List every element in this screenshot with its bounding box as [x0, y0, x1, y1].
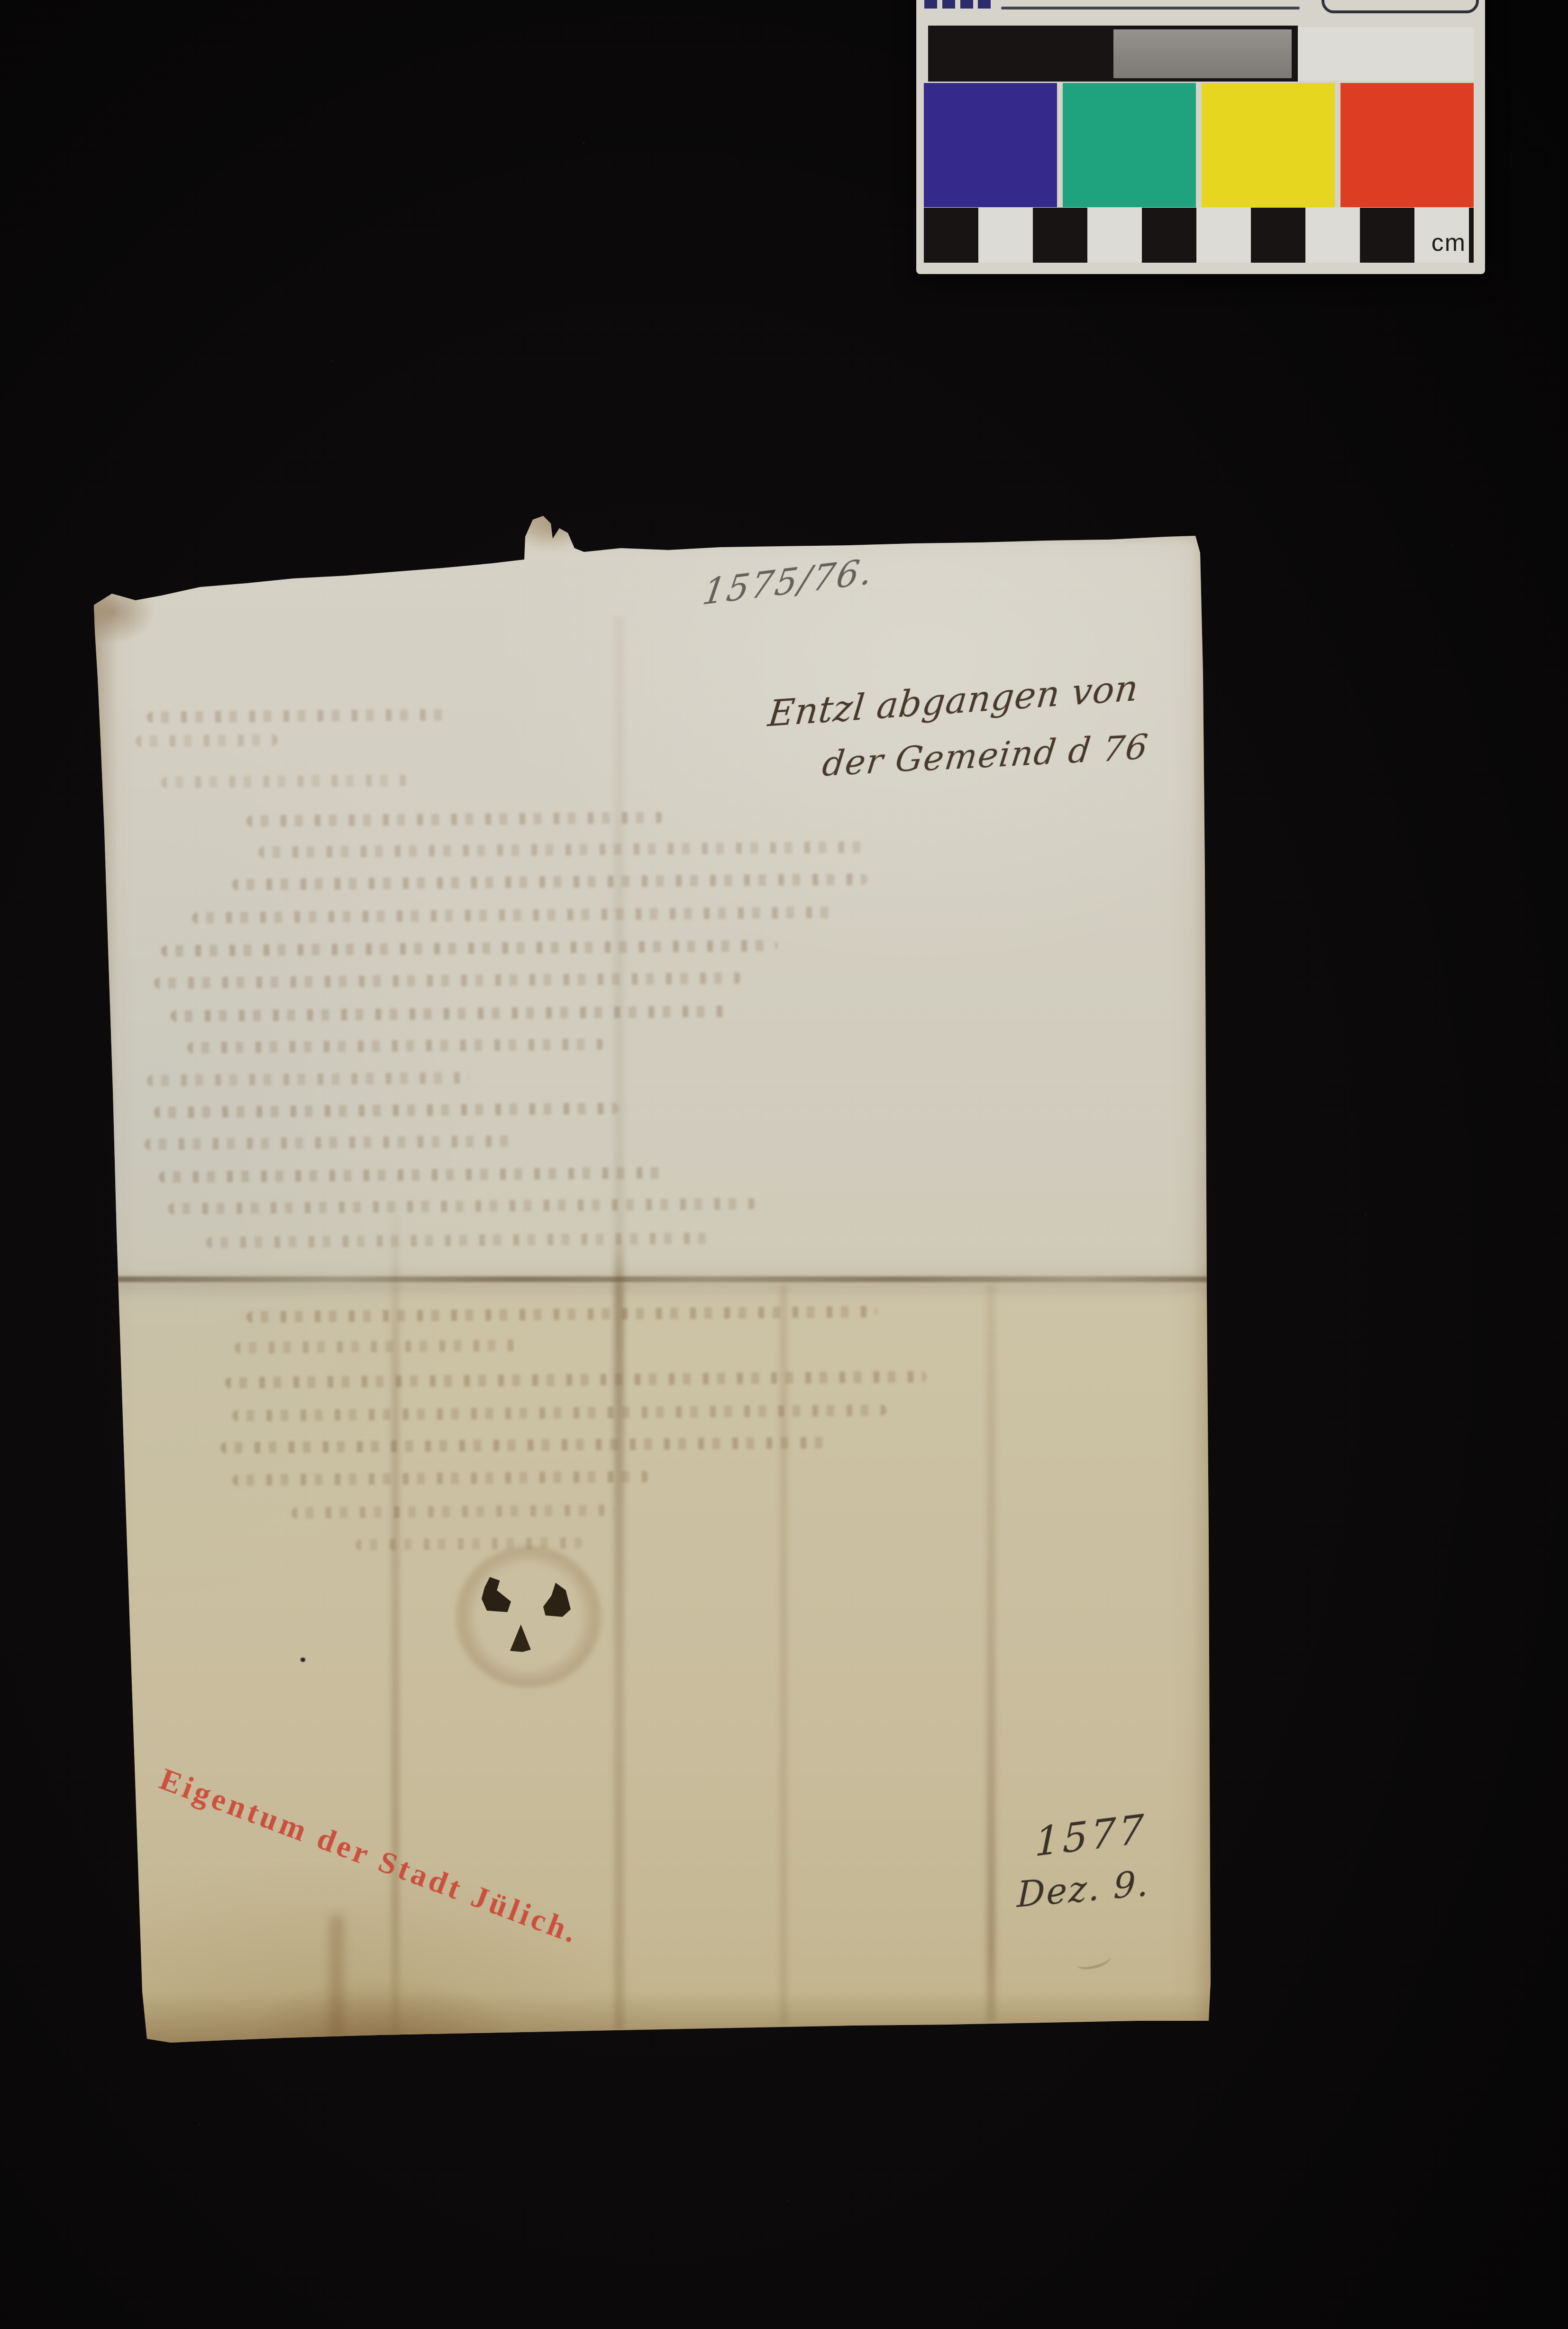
registration-bar-icon: [960, 0, 973, 9]
date-note-day: Dez. 9.: [1017, 1863, 1150, 1916]
ghost-text-line: [145, 1136, 519, 1150]
color-swatch-red: [1340, 83, 1474, 207]
bottom-edge-stain: [329, 1916, 344, 2039]
ghost-text-line: [159, 1167, 671, 1183]
ghost-text-line: [206, 1232, 709, 1248]
color-swatch-yellow: [1202, 83, 1335, 207]
calibration-frame-outline: [1322, 0, 1479, 13]
ghost-text-line: [258, 841, 865, 858]
ghost-text-line: [232, 1404, 886, 1421]
ghost-text-line: [136, 734, 278, 747]
ghost-text-line: [220, 1437, 832, 1453]
pencil-squiggle: [1075, 1950, 1112, 1972]
vertical-fold-crease: [614, 616, 624, 2029]
ghost-text-line: [168, 1198, 756, 1215]
ink-note-line1: Entzl abgangen von: [766, 668, 1141, 734]
dust-specks: [0, 0, 1, 1]
ghost-text-line: [187, 1038, 604, 1054]
ink-speck: [301, 1658, 305, 1662]
date-note-year: 1577: [1034, 1805, 1147, 1866]
color-swatch-green: [1063, 83, 1196, 207]
registration-bar-icon: [924, 0, 937, 9]
ghost-text-line: [147, 709, 450, 723]
photo-black-background: cm 1575/76. Entzl abgangen von der Gemei…: [0, 0, 1568, 2329]
ghost-text-line: [232, 1471, 649, 1486]
ghost-text-line: [225, 1371, 927, 1389]
vertical-fold-crease: [392, 1200, 399, 2034]
ghost-text-line: [154, 972, 742, 989]
ghost-text-line: [235, 1339, 519, 1353]
ghost-text-line: [246, 812, 664, 827]
color-swatch-dark-blue: [924, 83, 1057, 207]
color-calibration-card: cm: [916, 0, 1485, 274]
cm-unit-label: cm: [1431, 229, 1466, 257]
vertical-fold-crease: [780, 1285, 787, 2025]
ink-note-line2: der Gemeind d 76: [820, 728, 1151, 783]
centimeter-scale-checker: cm: [924, 208, 1474, 263]
ghost-text-line: [147, 1072, 469, 1086]
ghost-text-line: [232, 873, 867, 890]
ghost-text-line: [292, 1504, 614, 1519]
calibration-rule-line: [1001, 7, 1300, 9]
ghost-text-line: [161, 775, 408, 789]
ghost-text-line: [154, 1103, 619, 1119]
ownership-stamp: Eigentum der Stadt Jülich.: [155, 1761, 585, 1952]
registration-bar-icon: [942, 0, 955, 9]
manuscript-page: 1575/76. Entzl abgangen von der Gemeind …: [90, 512, 1214, 2045]
pencil-year-note: 1575/76.: [700, 550, 877, 614]
grayscale-white-patch: [1298, 28, 1474, 81]
horizontal-fold-shading: [90, 1267, 1214, 1300]
grayscale-gray-patch: [1113, 29, 1292, 78]
vertical-fold-crease: [987, 1285, 995, 2022]
ghost-text-line: [192, 907, 837, 924]
seal-stain-ring: [455, 1546, 602, 1688]
ghost-text-line: [161, 940, 777, 956]
ghost-text-line: [171, 1006, 730, 1022]
horizontal-fold-crease: [90, 1276, 1214, 1282]
registration-bar-icon: [978, 0, 991, 9]
